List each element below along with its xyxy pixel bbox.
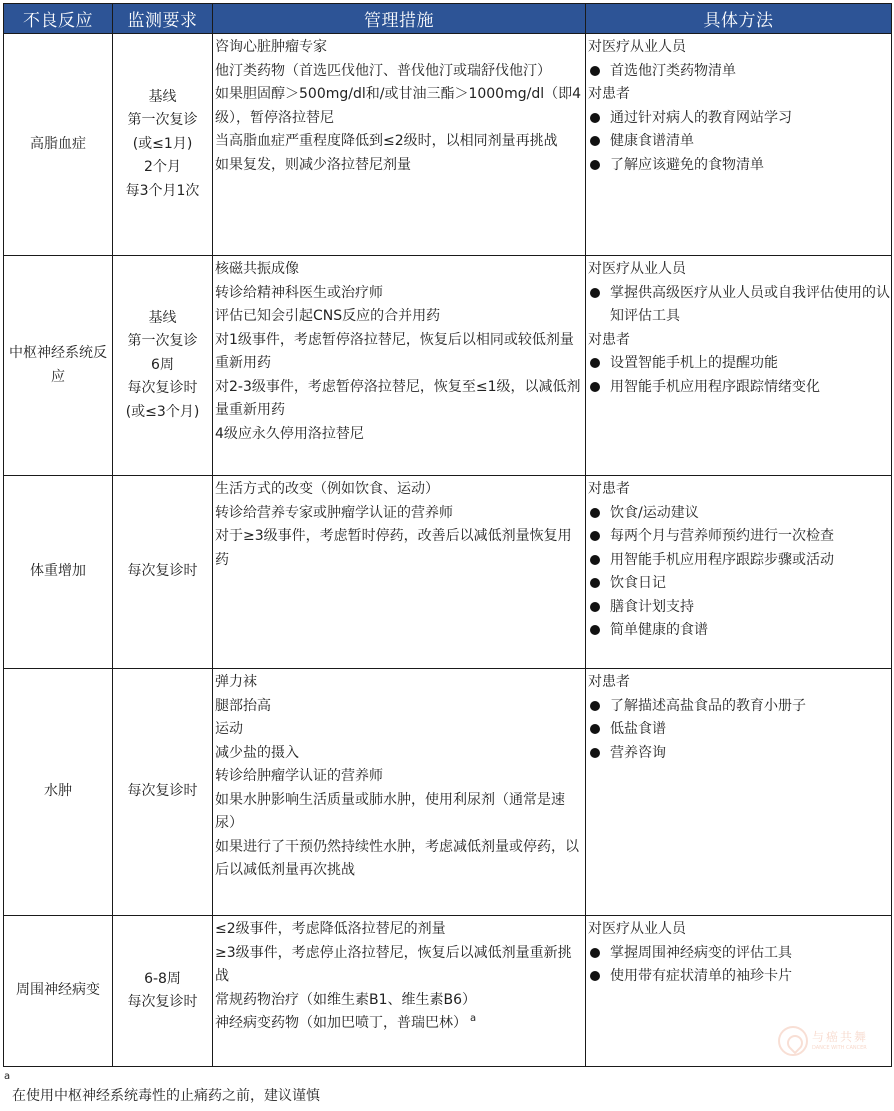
monitoring-line: 6-8周 (115, 968, 210, 992)
watermark-cn: 与癌共舞 (812, 1031, 868, 1043)
measure-text: 减少盐的摄入 (215, 745, 299, 761)
measure-text: 常规药物治疗（如维生素B1、维生素B6） (215, 992, 476, 1008)
method-bullet-item: 了解描述高盐食品的教育小册子 (588, 695, 890, 719)
measure-line: 评估已知会引起CNS反应的合并用药 (215, 305, 584, 329)
method-bullet-item: 掌握供高级医疗从业人员或自我评估使用的认知评估工具 (588, 282, 890, 329)
cell-measures: 生活方式的改变（例如饮食、运动）转诊给营养专家或肿瘤学认证的营养师对于≥3级事件… (213, 476, 586, 669)
measure-text: 4级应永久停用洛拉替尼 (215, 426, 364, 442)
measure-line: 转诊给肿瘤学认证的营养师 (215, 765, 584, 789)
measure-line: 生活方式的改变（例如饮食、运动） (215, 478, 584, 502)
method-audience-heading: 对患者 (588, 478, 890, 502)
watermark-en: DANCE WITH CANCER (812, 1046, 868, 1051)
cell-methods: 对医疗从业人员掌握供高级医疗从业人员或自我评估使用的认知评估工具对患者设置智能手… (586, 256, 892, 476)
measure-line: 常规药物治疗（如维生素B1、维生素B6） (215, 989, 584, 1013)
measure-text: ≥3级事件，考虑停止洛拉替尼，恢复后以减低剂量重新挑战 (215, 945, 572, 985)
method-bullet-item: 健康食谱清单 (588, 130, 890, 154)
method-audience-heading: 对医疗从业人员 (588, 918, 890, 942)
measure-line: 腿部抬高 (215, 695, 584, 719)
cell-adverse-reaction: 周围神经病变 (4, 916, 113, 1067)
measure-text: 转诊给精神科医生或治疗师 (215, 285, 383, 301)
header-adverse-reaction: 不良反应 (4, 4, 113, 34)
measure-text: 核磁共振成像 (215, 261, 299, 277)
method-text: 简单健康的食谱 (610, 619, 708, 643)
bullet-icon (590, 948, 600, 958)
method-bullet-item: 每两个月与营养师预约进行一次检查 (588, 525, 890, 549)
method-bullet-item: 饮食/运动建议 (588, 502, 890, 526)
method-text: 使用带有症状清单的袖珍卡片 (610, 965, 792, 989)
bullet-icon (590, 602, 600, 612)
adverse-reaction-table-container: 不良反应 监测要求 管理措施 具体方法 高脂血症基线第一次复诊(或≤1月)2个月… (3, 3, 891, 1067)
monitoring-line: (或≤1月) (115, 133, 210, 157)
cell-monitoring: 基线第一次复诊(或≤1月)2个月每3个月1次 (113, 34, 213, 256)
bullet-icon (590, 555, 600, 565)
cell-monitoring: 6-8周每次复诊时 (113, 916, 213, 1067)
bullet-icon (590, 113, 600, 123)
bullet-icon (590, 508, 600, 518)
measure-line: 转诊给营养专家或肿瘤学认证的营养师 (215, 502, 584, 526)
method-bullet-item: 膳食计划支持 (588, 596, 890, 620)
bullet-icon (590, 578, 600, 588)
measure-line: 对2-3级事件，考虑暂停洛拉替尼，恢复至≤1级，以减低剂量重新用药 (215, 376, 584, 423)
method-text: 首选他汀类药物清单 (610, 60, 736, 84)
monitoring-line: 第一次复诊 (115, 330, 210, 354)
table-row: 高脂血症基线第一次复诊(或≤1月)2个月每3个月1次咨询心脏肿瘤专家他汀类药物（… (4, 34, 892, 256)
measure-line: 弹力袜 (215, 671, 584, 695)
monitoring-line: 每次复诊时 (115, 991, 210, 1015)
cell-methods: 对患者了解描述高盐食品的教育小册子低盐食谱营养咨询 (586, 669, 892, 916)
measure-line: 如果水肿影响生活质量或肺水肿，使用利尿剂（通常是速尿） (215, 789, 584, 836)
monitoring-line: 每次复诊时 (115, 377, 210, 401)
cell-adverse-reaction: 高脂血症 (4, 34, 113, 256)
bullet-icon (590, 625, 600, 635)
measure-text: 弹力袜 (215, 674, 257, 690)
measure-line: ≤2级事件，考虑降低洛拉替尼的剂量 (215, 918, 584, 942)
monitoring-line: 第一次复诊 (115, 109, 210, 133)
footnote-mark: a (4, 1071, 10, 1082)
measure-text: 如果水肿影响生活质量或肺水肿，使用利尿剂（通常是速尿） (215, 792, 565, 832)
monitoring-line: 每次复诊时 (115, 560, 210, 584)
method-audience-heading: 对患者 (588, 671, 890, 695)
method-audience-heading: 对医疗从业人员 (588, 258, 890, 282)
method-audience-heading: 对医疗从业人员 (588, 36, 890, 60)
measure-text: 他汀类药物（首选匹伐他汀、普伐他汀或瑞舒伐他汀） (215, 63, 551, 79)
measure-line: 当高脂血症严重程度降低到≤2级时，以相同剂量再挑战 (215, 130, 584, 154)
watermark-logo-icon (778, 1026, 808, 1056)
method-text: 了解描述高盐食品的教育小册子 (610, 695, 806, 719)
measure-text: 当高脂血症严重程度降低到≤2级时，以相同剂量再挑战 (215, 133, 558, 149)
measure-text: 对2-3级事件，考虑暂停洛拉替尼，恢复至≤1级，以减低剂量重新用药 (215, 379, 581, 419)
method-bullet-item: 低盐食谱 (588, 718, 890, 742)
bullet-icon (590, 288, 600, 298)
method-text: 用智能手机应用程序跟踪情绪变化 (610, 376, 820, 400)
footnote-reference: a (470, 1013, 476, 1024)
measure-line: 神经病变药物（如加巴喷丁，普瑞巴林）a (215, 1012, 584, 1036)
method-bullet-item: 首选他汀类药物清单 (588, 60, 890, 84)
cell-monitoring: 基线第一次复诊6周每次复诊时(或≤3个月) (113, 256, 213, 476)
cell-measures: 咨询心脏肿瘤专家他汀类药物（首选匹伐他汀、普伐他汀或瑞舒伐他汀）如果胆固醇＞50… (213, 34, 586, 256)
method-text: 健康食谱清单 (610, 130, 694, 154)
bullet-icon (590, 160, 600, 170)
method-text: 低盐食谱 (610, 718, 666, 742)
method-bullet-item: 了解应该避免的食物清单 (588, 154, 890, 178)
bullet-icon (590, 724, 600, 734)
adverse-reaction-management-table: 不良反应 监测要求 管理措施 具体方法 高脂血症基线第一次复诊(或≤1月)2个月… (3, 3, 892, 1067)
measure-line: ≥3级事件，考虑停止洛拉替尼，恢复后以减低剂量重新挑战 (215, 942, 584, 989)
header-monitoring: 监测要求 (113, 4, 213, 34)
bullet-icon (590, 748, 600, 758)
method-text: 饮食/运动建议 (610, 502, 699, 526)
table-row: 周围神经病变6-8周每次复诊时≤2级事件，考虑降低洛拉替尼的剂量≥3级事件，考虑… (4, 916, 892, 1067)
monitoring-line: 每次复诊时 (115, 780, 210, 804)
monitoring-line: 每3个月1次 (115, 180, 210, 204)
monitoring-line: 基线 (115, 86, 210, 110)
cell-monitoring: 每次复诊时 (113, 476, 213, 669)
table-row: 中枢神经系统反应基线第一次复诊6周每次复诊时(或≤3个月)核磁共振成像转诊给精神… (4, 256, 892, 476)
monitoring-line: (或≤3个月) (115, 401, 210, 425)
method-text: 了解应该避免的食物清单 (610, 154, 764, 178)
cell-measures: 弹力袜腿部抬高运动减少盐的摄入转诊给肿瘤学认证的营养师如果水肿影响生活质量或肺水… (213, 669, 586, 916)
table-row: 体重增加每次复诊时生活方式的改变（例如饮食、运动）转诊给营养专家或肿瘤学认证的营… (4, 476, 892, 669)
measure-line: 运动 (215, 718, 584, 742)
bullet-icon (590, 136, 600, 146)
cell-measures: 核磁共振成像转诊给精神科医生或治疗师评估已知会引起CNS反应的合并用药对1级事件… (213, 256, 586, 476)
monitoring-line: 2个月 (115, 156, 210, 180)
measure-text: 咨询心脏肿瘤专家 (215, 39, 327, 55)
measure-line: 对1级事件，考虑暂停洛拉替尼，恢复后以相同或较低剂量重新用药 (215, 329, 584, 376)
bullet-icon (590, 701, 600, 711)
measure-text: 神经病变药物（如加巴喷丁，普瑞巴林） (215, 1015, 467, 1031)
method-bullet-item: 用智能手机应用程序跟踪情绪变化 (588, 376, 890, 400)
method-audience-heading: 对患者 (588, 329, 890, 353)
measure-text: 如果复发，则减少洛拉替尼剂量 (215, 157, 411, 173)
measure-line: 他汀类药物（首选匹伐他汀、普伐他汀或瑞舒伐他汀） (215, 60, 584, 84)
method-bullet-item: 简单健康的食谱 (588, 619, 890, 643)
method-bullet-item: 设置智能手机上的提醒功能 (588, 352, 890, 376)
watermark: 与癌共舞 DANCE WITH CANCER (778, 1026, 868, 1056)
bullet-icon (590, 358, 600, 368)
cell-monitoring: 每次复诊时 (113, 669, 213, 916)
table-header-row: 不良反应 监测要求 管理措施 具体方法 (4, 4, 892, 34)
measure-text: 对于≥3级事件，考虑暂时停药，改善后以减低剂量恢复用药 (215, 528, 572, 568)
measure-line: 如果复发，则减少洛拉替尼剂量 (215, 154, 584, 178)
monitoring-line: 6周 (115, 354, 210, 378)
monitoring-line: 基线 (115, 307, 210, 331)
cell-adverse-reaction: 水肿 (4, 669, 113, 916)
cell-adverse-reaction: 体重增加 (4, 476, 113, 669)
measure-text: 对1级事件，考虑暂停洛拉替尼，恢复后以相同或较低剂量重新用药 (215, 332, 574, 372)
bullet-icon (590, 66, 600, 76)
measure-text: 转诊给营养专家或肿瘤学认证的营养师 (215, 505, 453, 521)
measure-text: 评估已知会引起CNS反应的合并用药 (215, 308, 440, 324)
method-text: 每两个月与营养师预约进行一次检查 (610, 525, 834, 549)
measure-text: 如果胆固醇＞500mg/dl和/或甘油三酯＞1000mg/dl（即4级），暂停洛… (215, 86, 581, 126)
method-bullet-item: 营养咨询 (588, 742, 890, 766)
measure-line: 减少盐的摄入 (215, 742, 584, 766)
measure-text: 生活方式的改变（例如饮食、运动） (215, 481, 439, 497)
bullet-icon (590, 531, 600, 541)
method-bullet-item: 饮食日记 (588, 572, 890, 596)
method-text: 掌握供高级医疗从业人员或自我评估使用的认知评估工具 (610, 282, 890, 329)
method-bullet-item: 使用带有症状清单的袖珍卡片 (588, 965, 890, 989)
method-text: 营养咨询 (610, 742, 666, 766)
measure-text: 如果进行了干预仍然持续性水肿，考虑减低剂量或停药，以后以减低剂量再次挑战 (215, 839, 579, 879)
method-text: 用智能手机应用程序跟踪步骤或活动 (610, 549, 834, 573)
measure-line: 核磁共振成像 (215, 258, 584, 282)
cell-adverse-reaction: 中枢神经系统反应 (4, 256, 113, 476)
method-text: 饮食日记 (610, 572, 666, 596)
method-text: 膳食计划支持 (610, 596, 694, 620)
cell-methods: 对医疗从业人员首选他汀类药物清单对患者通过针对病人的教育网站学习健康食谱清单了解… (586, 34, 892, 256)
method-bullet-item: 通过针对病人的教育网站学习 (588, 107, 890, 131)
cell-methods: 对患者饮食/运动建议每两个月与营养师预约进行一次检查用智能手机应用程序跟踪步骤或… (586, 476, 892, 669)
footnote: a 在使用中枢神经系统毒性的止痛药之前，建议谨慎 (4, 1075, 320, 1105)
measure-line: 咨询心脏肿瘤专家 (215, 36, 584, 60)
bullet-icon (590, 971, 600, 981)
table-row: 水肿每次复诊时弹力袜腿部抬高运动减少盐的摄入转诊给肿瘤学认证的营养师如果水肿影响… (4, 669, 892, 916)
bullet-icon (590, 382, 600, 392)
measure-line: 对于≥3级事件，考虑暂时停药，改善后以减低剂量恢复用药 (215, 525, 584, 572)
method-text: 设置智能手机上的提醒功能 (610, 352, 778, 376)
measure-text: 转诊给肿瘤学认证的营养师 (215, 768, 383, 784)
measure-text: ≤2级事件，考虑降低洛拉替尼的剂量 (215, 921, 446, 937)
measure-line: 如果胆固醇＞500mg/dl和/或甘油三酯＞1000mg/dl（即4级），暂停洛… (215, 83, 584, 130)
header-methods: 具体方法 (586, 4, 892, 34)
footnote-text: 在使用中枢神经系统毒性的止痛药之前，建议谨慎 (4, 1075, 320, 1105)
measure-text: 腿部抬高 (215, 698, 271, 714)
method-bullet-item: 掌握周围神经病变的评估工具 (588, 942, 890, 966)
measure-line: 转诊给精神科医生或治疗师 (215, 282, 584, 306)
method-bullet-item: 用智能手机应用程序跟踪步骤或活动 (588, 549, 890, 573)
header-measures: 管理措施 (213, 4, 586, 34)
method-audience-heading: 对患者 (588, 83, 890, 107)
cell-measures: ≤2级事件，考虑降低洛拉替尼的剂量≥3级事件，考虑停止洛拉替尼，恢复后以减低剂量… (213, 916, 586, 1067)
measure-line: 如果进行了干预仍然持续性水肿，考虑减低剂量或停药，以后以减低剂量再次挑战 (215, 836, 584, 883)
method-text: 掌握周围神经病变的评估工具 (610, 942, 792, 966)
method-text: 通过针对病人的教育网站学习 (610, 107, 792, 131)
measure-text: 运动 (215, 721, 243, 737)
measure-line: 4级应永久停用洛拉替尼 (215, 423, 584, 447)
